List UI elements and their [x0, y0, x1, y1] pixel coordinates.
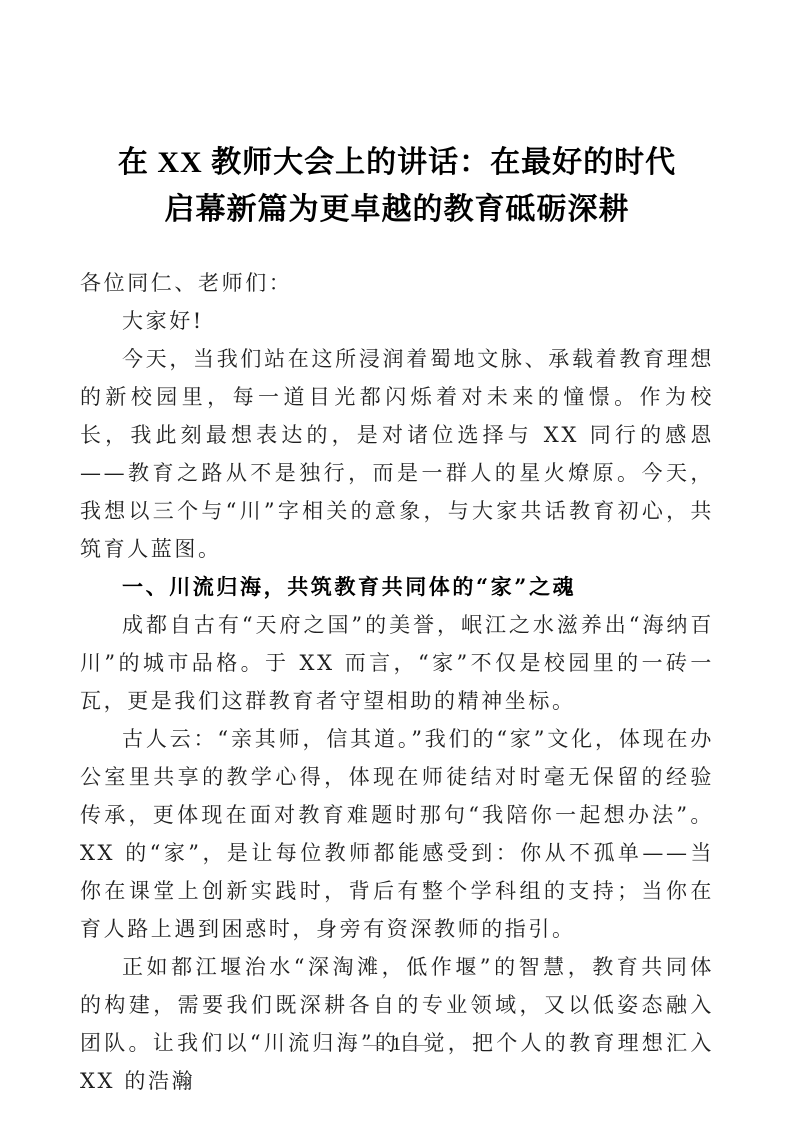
footer-page-number: 1 — [390, 1034, 404, 1055]
title-line-2: 启幕新篇为更卓越的教育砥砺深耕 — [80, 186, 714, 233]
salutation: 各位同仁、老师们： — [80, 264, 714, 302]
document-body: 各位同仁、老师们： 大家好! 今天，当我们站在这所浸润着蜀地文脉、承载着教育理想… — [80, 264, 714, 1100]
section-1-paragraph-1: 成都自古有“天府之国”的美誉，岷江之水滋养出“海纳百川”的城市品格。于 XX 而… — [80, 606, 714, 720]
section-1-paragraph-3: 正如都江堰治水“深淘滩，低作堰”的智慧，教育共同体的构建，需要我们既深耕各自的专… — [80, 948, 714, 1100]
intro-paragraph: 今天，当我们站在这所浸润着蜀地文脉、承载着教育理想的新校园里，每一道目光都闪烁着… — [80, 340, 714, 568]
document-page: 在 XX 教师大会上的讲话：在最好的时代 启幕新篇为更卓越的教育砥砺深耕 各位同… — [0, 0, 793, 1122]
title-line-1: 在 XX 教师大会上的讲话：在最好的时代 — [80, 139, 714, 186]
page-footer: —1— — [0, 1032, 793, 1058]
footer-dash-left: — — [357, 1034, 390, 1055]
section-1-heading: 一、川流归海，共筑教育共同体的“家”之魂 — [80, 568, 714, 606]
greeting-paragraph: 大家好! — [80, 302, 714, 340]
section-1-paragraph-2: 古人云：“亲其师，信其道。”我们的“家”文化，体现在办公室里共享的教学心得，体现… — [80, 720, 714, 948]
document-title: 在 XX 教师大会上的讲话：在最好的时代 启幕新篇为更卓越的教育砥砺深耕 — [80, 139, 714, 233]
footer-dash-right: — — [403, 1034, 436, 1055]
